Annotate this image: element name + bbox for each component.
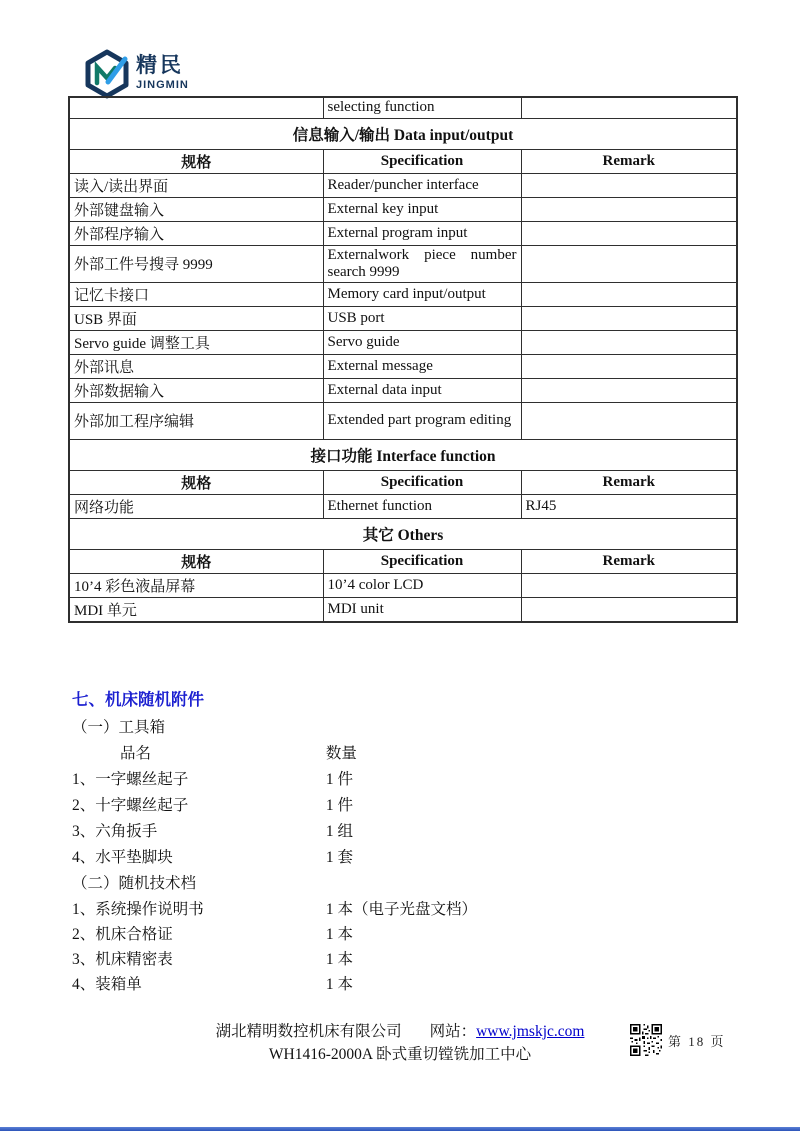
spec-cell: MDI unit bbox=[323, 597, 521, 622]
spec-cell: 10’4 color LCD bbox=[323, 573, 521, 597]
spec-cell: External message bbox=[323, 354, 521, 378]
list-item: 1、系统操作说明书 1 本（电子光盘文档） bbox=[72, 897, 477, 922]
page-number: 第 18 页 bbox=[668, 1031, 726, 1050]
remark-cell bbox=[521, 282, 737, 306]
list-item: 3、机床精密表 1 本 bbox=[72, 947, 477, 972]
accessories-heading: 七、机床随机附件 bbox=[72, 686, 477, 715]
spec-cell: External program input bbox=[323, 221, 521, 245]
col-header: Remark bbox=[521, 149, 737, 173]
spec-name-cell: 外部程序输入 bbox=[69, 221, 323, 245]
item-qty: 1 套 bbox=[326, 849, 353, 866]
remark-cell bbox=[521, 221, 737, 245]
spec-name-cell: Servo guide 调整工具 bbox=[69, 330, 323, 354]
spec-cell: Ethernet function bbox=[323, 494, 521, 518]
item-qty: 1 本 bbox=[326, 976, 353, 993]
docs-subtitle: （二）随机技术档 bbox=[72, 871, 477, 897]
spec-cell: selecting function bbox=[323, 97, 521, 118]
col-header: 规格 bbox=[69, 149, 323, 173]
spec-name-cell: 外部讯息 bbox=[69, 354, 323, 378]
item-name: 3、六角扳手 bbox=[72, 819, 322, 841]
col-header: Specification bbox=[323, 149, 521, 173]
col-header: 规格 bbox=[69, 470, 323, 494]
spec-name-cell: 网络功能 bbox=[69, 494, 323, 518]
item-qty: 1 组 bbox=[326, 823, 353, 840]
item-qty: 1 件 bbox=[326, 797, 353, 814]
website-label: 网站： bbox=[430, 1023, 477, 1040]
col-header: Specification bbox=[323, 470, 521, 494]
remark-cell bbox=[521, 306, 737, 330]
table-row: 外部工件号搜寻 9999 Externalwork piece number s… bbox=[69, 245, 737, 282]
table-row: MDI 单元 MDI unit bbox=[69, 597, 737, 622]
section-row-interface: 接口功能 Interface function bbox=[69, 439, 737, 470]
list-item: 4、水平垫脚块 1 套 bbox=[72, 845, 477, 871]
spec-cell: External key input bbox=[323, 197, 521, 221]
table-row-continuation: selecting function bbox=[69, 97, 737, 118]
table-row: 外部数据输入 External data input bbox=[69, 378, 737, 402]
spec-cell: Externalwork piece number search 9999 bbox=[323, 245, 521, 282]
list-item: 4、装箱单 1 本 bbox=[72, 972, 477, 997]
col-header: Remark bbox=[521, 549, 737, 573]
logo-name-en: JINGMIN bbox=[136, 79, 189, 91]
spec-cell: Memory card input/output bbox=[323, 282, 521, 306]
spec-name-cell: 外部加工程序编辑 bbox=[69, 402, 323, 439]
spec-name-cell: 外部工件号搜寻 9999 bbox=[69, 245, 323, 282]
section-title: 信息输入/输出 Data input/output bbox=[69, 118, 737, 149]
item-name: 2、十字螺丝起子 bbox=[72, 793, 322, 815]
item-qty: 1 本 bbox=[326, 951, 353, 968]
spec-name-cell: USB 界面 bbox=[69, 306, 323, 330]
header-row: 规格 Specification Remark bbox=[69, 149, 737, 173]
spec-cell: Extended part program editing bbox=[323, 402, 521, 439]
list-item: 3、六角扳手 1 组 bbox=[72, 819, 477, 845]
item-name: 3、机床精密表 bbox=[72, 947, 322, 969]
item-qty: 1 本 bbox=[326, 926, 353, 943]
table-row: 外部键盘输入 External key input bbox=[69, 197, 737, 221]
item-qty: 1 件 bbox=[326, 771, 353, 788]
spec-cell bbox=[69, 97, 323, 118]
header-row: 规格 Specification Remark bbox=[69, 549, 737, 573]
spec-name-cell: 外部键盘输入 bbox=[69, 197, 323, 221]
company-name: 湖北精明数控机床有限公司 bbox=[216, 1023, 402, 1040]
table-row: USB 界面 USB port bbox=[69, 306, 737, 330]
col-header: Specification bbox=[323, 549, 521, 573]
bottom-divider bbox=[0, 1127, 800, 1131]
section-row-others: 其它 Others bbox=[69, 518, 737, 549]
col-name-label: 品名 bbox=[120, 741, 322, 763]
spec-cell: USB port bbox=[323, 306, 521, 330]
remark-cell bbox=[521, 97, 737, 118]
spec-table: selecting function 信息输入/输出 Data input/ou… bbox=[68, 96, 738, 623]
table-row: 外部程序输入 External program input bbox=[69, 221, 737, 245]
item-name: 1、系统操作说明书 bbox=[72, 897, 322, 919]
spec-cell: Reader/puncher interface bbox=[323, 173, 521, 197]
table-row: 网络功能 Ethernet function RJ45 bbox=[69, 494, 737, 518]
logo-text: 精民 JINGMIN bbox=[136, 49, 189, 91]
table-row: 记忆卡接口 Memory card input/output bbox=[69, 282, 737, 306]
spec-name-cell: 外部数据输入 bbox=[69, 378, 323, 402]
table-row: 外部讯息 External message bbox=[69, 354, 737, 378]
table-row: 10’4 彩色液晶屏幕 10’4 color LCD bbox=[69, 573, 737, 597]
document-page: 精民 JINGMIN selecting function 信息输入/输出 Da… bbox=[0, 0, 800, 1131]
toolbox-subtitle: （一）工具箱 bbox=[72, 715, 477, 741]
toolbox-columns: 品名 数量 bbox=[72, 741, 477, 767]
qr-code-icon bbox=[630, 1024, 662, 1056]
table-row: 读入/读出界面 Reader/puncher interface bbox=[69, 173, 737, 197]
item-qty: 1 本（电子光盘文档） bbox=[326, 901, 477, 918]
remark-cell bbox=[521, 573, 737, 597]
remark-cell bbox=[521, 354, 737, 378]
header-row: 规格 Specification Remark bbox=[69, 470, 737, 494]
table-row: 外部加工程序编辑 Extended part program editing bbox=[69, 402, 737, 439]
item-name: 4、装箱单 bbox=[72, 972, 322, 994]
remark-cell bbox=[521, 245, 737, 282]
remark-cell bbox=[521, 197, 737, 221]
remark-cell bbox=[521, 378, 737, 402]
section-row-data-io: 信息输入/输出 Data input/output bbox=[69, 118, 737, 149]
spec-cell: Servo guide bbox=[323, 330, 521, 354]
remark-cell bbox=[521, 330, 737, 354]
col-header: Remark bbox=[521, 470, 737, 494]
section-title: 接口功能 Interface function bbox=[69, 439, 737, 470]
remark-cell bbox=[521, 402, 737, 439]
list-item: 2、十字螺丝起子 1 件 bbox=[72, 793, 477, 819]
remark-cell: RJ45 bbox=[521, 494, 737, 518]
spec-name-cell: 记忆卡接口 bbox=[69, 282, 323, 306]
website-link[interactable]: www.jmskjc.com bbox=[476, 1023, 584, 1040]
spec-name-cell: MDI 单元 bbox=[69, 597, 323, 622]
col-qty-label: 数量 bbox=[326, 745, 357, 762]
col-header: 规格 bbox=[69, 549, 323, 573]
item-name: 2、机床合格证 bbox=[72, 922, 322, 944]
list-item: 2、机床合格证 1 本 bbox=[72, 922, 477, 947]
list-item: 1、一字螺丝起子 1 件 bbox=[72, 767, 477, 793]
accessories-section: 七、机床随机附件 （一）工具箱 品名 数量 1、一字螺丝起子 1 件 2、十字螺… bbox=[72, 686, 477, 997]
remark-cell bbox=[521, 173, 737, 197]
logo-name-zh: 精民 bbox=[136, 53, 189, 79]
remark-cell bbox=[521, 597, 737, 622]
item-name: 4、水平垫脚块 bbox=[72, 845, 322, 867]
item-name: 1、一字螺丝起子 bbox=[72, 767, 322, 789]
table-row: Servo guide 调整工具 Servo guide bbox=[69, 330, 737, 354]
spec-name-cell: 读入/读出界面 bbox=[69, 173, 323, 197]
section-title: 其它 Others bbox=[69, 518, 737, 549]
spec-name-cell: 10’4 彩色液晶屏幕 bbox=[69, 573, 323, 597]
spec-cell: External data input bbox=[323, 378, 521, 402]
